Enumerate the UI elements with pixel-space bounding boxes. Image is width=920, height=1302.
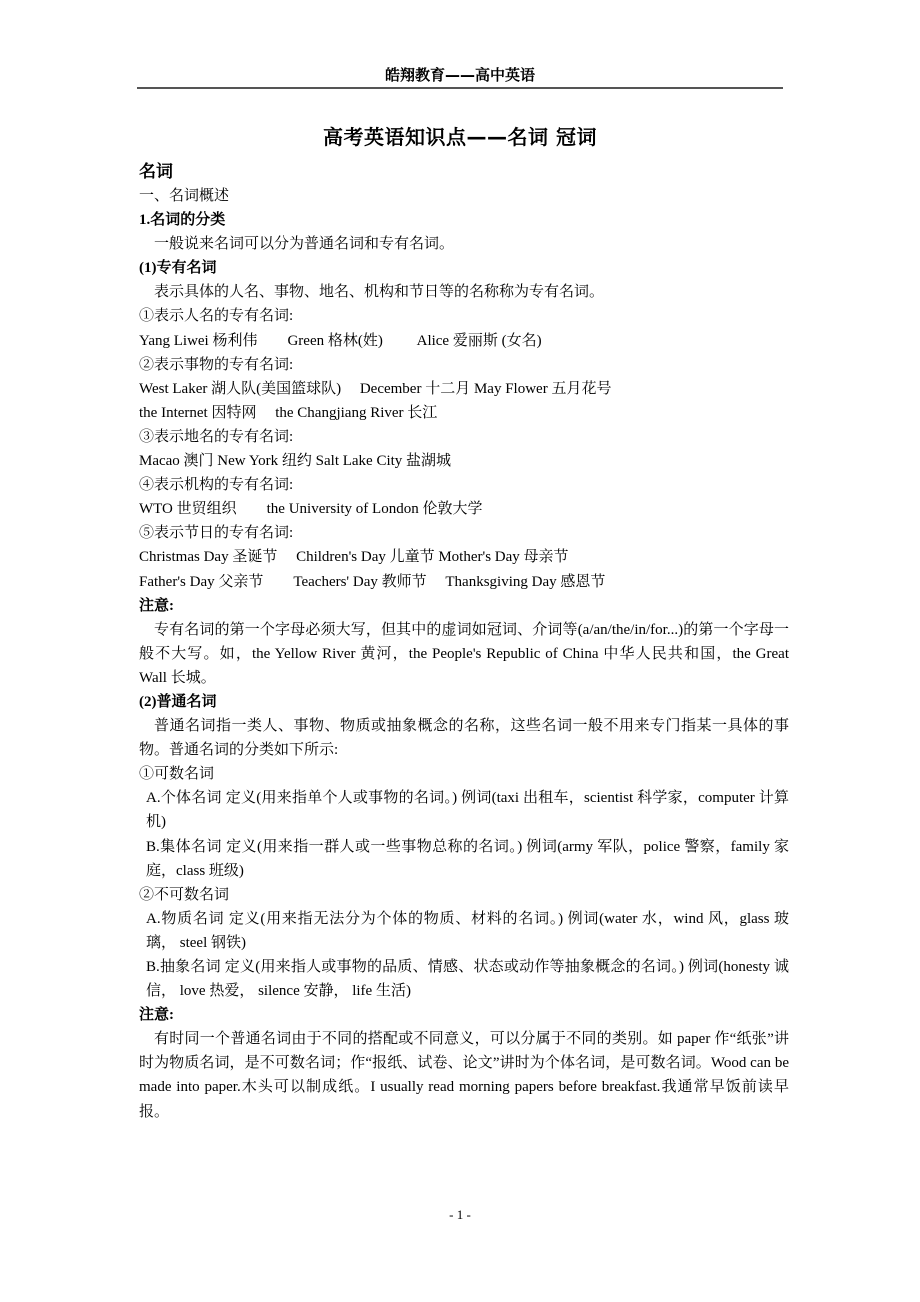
page-number: - 1 - [0,1207,920,1223]
classification-heading: 1.名词的分类 [139,208,789,232]
example-line: the Internet 因特网 the Changjiang River 长江 [139,401,789,425]
countable-item: B.集体名词 定义(用来指一群人或一些事物总称的名词。) 例词(army 军队，… [139,835,789,883]
header-rule [137,87,783,89]
proper-noun-definition: 表示具体的人名、事物、地名、机构和节日等的名称称为专有名词。 [139,280,789,304]
countable-label: ①可数名词 [139,762,789,786]
overview-heading: 一、名词概述 [139,184,789,208]
group-label-person: ①表示人名的专有名词: [139,304,789,328]
document-page: 皓翔教育——高中英语 高考英语知识点——名词 冠词 名词 一、名词概述 1.名词… [0,0,920,1302]
classification-intro: 一般说来名词可以分为普通名词和专有名词。 [139,232,789,256]
uncountable-item: B.抽象名词 定义(用来指人或事物的品质、情感、状态或动作等抽象概念的名词。) … [139,955,789,1003]
group-label-thing: ②表示事物的专有名词: [139,353,789,377]
countable-item: A.个体名词 定义(用来指单个人或事物的名词。) 例词(taxi 出租车，sci… [139,786,789,834]
proper-noun-heading: (1)专有名词 [139,256,789,280]
example-line: Macao 澳门 New York 纽约 Salt Lake City 盐湖城 [139,449,789,473]
group-label-holiday: ⑤表示节日的专有名词: [139,521,789,545]
example-line: Yang Liwei 杨利伟 Green 格林(姓) Alice 爱丽斯 (女名… [139,329,789,353]
note-label: 注意: [139,1003,789,1027]
example-line: Father's Day 父亲节 Teachers' Day 教师节 Thank… [139,570,789,594]
note-text: 有时同一个普通名词由于不同的搭配或不同意义，可以分属于不同的类别。如 paper… [139,1027,789,1123]
note-text: 专有名词的第一个字母必须大写，但其中的虚词如冠词、介词等(a/an/the/in… [139,618,789,690]
common-noun-definition: 普通名词指一类人、事物、物质或抽象概念的名称，这些名词一般不用来专门指某一具体的… [139,714,789,762]
example-line: Christmas Day 圣诞节 Children's Day 儿童节 Mot… [139,545,789,569]
section-heading-noun: 名词 [139,160,789,184]
uncountable-item: A.物质名词 定义(用来指无法分为个体的物质、材料的名词。) 例词(water … [139,907,789,955]
example-line: West Laker 湖人队(美国篮球队) December 十二月 May F… [139,377,789,401]
note-label: 注意: [139,594,789,618]
example-line: WTO 世贸组织 the University of London 伦敦大学 [139,497,789,521]
uncountable-label: ②不可数名词 [139,883,789,907]
document-body: 名词 一、名词概述 1.名词的分类 一般说来名词可以分为普通名词和专有名词。 (… [139,160,789,1124]
common-noun-heading: (2)普通名词 [139,690,789,714]
group-label-organization: ④表示机构的专有名词: [139,473,789,497]
document-title: 高考英语知识点——名词 冠词 [137,121,783,150]
group-label-place: ③表示地名的专有名词: [139,425,789,449]
running-header: 皓翔教育——高中英语 [137,64,783,85]
